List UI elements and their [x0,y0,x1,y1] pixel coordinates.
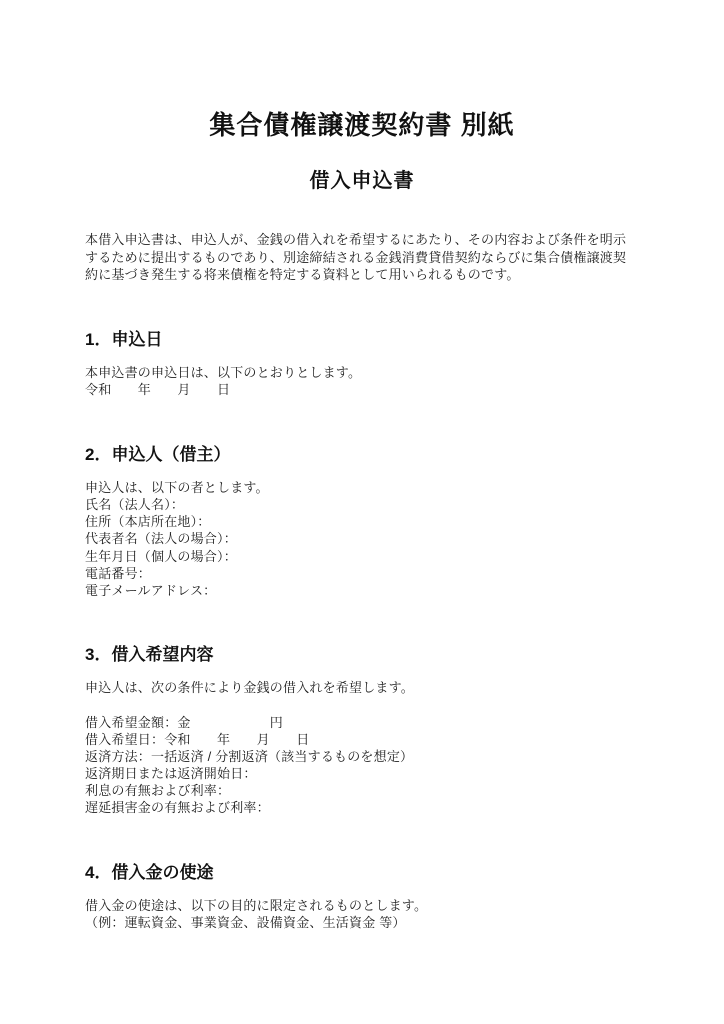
email-field-line: 電子メールアドレス： [85,582,639,599]
section-application-date-heading: 1．申込日 [85,330,639,350]
loan-amount-field-line: 借入希望金額：金 円 [85,714,639,731]
phone-field-line: 電話番号： [85,565,639,582]
section-loan-request: 3．借入希望内容 申込人は、次の条件により金銭の借入れを希望します。 借入希望金… [85,645,639,816]
section-loan-request-body: 申込人は、次の条件により金銭の借入れを希望します。 借入希望金額：金 円 借入希… [85,679,639,816]
section-applicant-body: 申込人は、以下の者とします。 氏名（法人名）： 住所（本店所在地）： 代表者名（… [85,479,639,599]
section-use-of-funds: 4．借入金の使途 借入金の使途は、以下の目的に限定されるものとします。 （例：運… [85,863,639,932]
address-field-line: 住所（本店所在地）： [85,513,639,530]
blank-line [85,697,639,714]
document-title: 集合債権譲渡契約書 別紙 [85,110,639,141]
applicant-intro-line: 申込人は、以下の者とします。 [85,479,639,496]
section-applicant-heading: 2．申込人（借主） [85,445,639,465]
use-of-funds-examples-line: （例：運転資金、事業資金、設備資金、生活資金 等） [85,914,639,931]
interest-field-line: 利息の有無および利率： [85,782,639,799]
birthdate-field-line: 生年月日（個人の場合）： [85,548,639,565]
loan-date-field-line: 借入希望日：令和 年 月 日 [85,731,639,748]
section-loan-request-heading: 3．借入希望内容 [85,645,639,665]
section-use-of-funds-heading: 4．借入金の使途 [85,863,639,883]
repayment-start-field-line: 返済期日または返済開始日： [85,765,639,782]
section-applicant: 2．申込人（借主） 申込人は、以下の者とします。 氏名（法人名）： 住所（本店所… [85,445,639,599]
section-application-date-body: 本申込書の申込日は、以下のとおりとします。 令和 年 月 日 [85,364,639,398]
document-page: 集合債権譲渡契約書 別紙 借入申込書 本借入申込書は、申込人が、金銭の借入れを希… [0,0,724,1024]
use-of-funds-intro-line: 借入金の使途は、以下の目的に限定されるものとします。 [85,897,639,914]
section-use-of-funds-body: 借入金の使途は、以下の目的に限定されるものとします。 （例：運転資金、事業資金、… [85,897,639,931]
name-field-line: 氏名（法人名）： [85,496,639,513]
document-subtitle: 借入申込書 [85,169,639,193]
loan-request-intro-line: 申込人は、次の条件により金銭の借入れを希望します。 [85,679,639,696]
section-application-date: 1．申込日 本申込書の申込日は、以下のとおりとします。 令和 年 月 日 [85,330,639,399]
intro-paragraph: 本借入申込書は、申込人が、金銭の借入れを希望するにあたり、その内容および条件を明… [85,231,639,284]
era-date-fill-in-line: 令和 年 月 日 [85,381,639,398]
application-date-intro-line: 本申込書の申込日は、以下のとおりとします。 [85,364,639,381]
repayment-method-line: 返済方法：一括返済 / 分割返済（該当するものを想定） [85,748,639,765]
late-damages-field-line: 遅延損害金の有無および利率： [85,799,639,816]
representative-field-line: 代表者名（法人の場合）： [85,530,639,547]
